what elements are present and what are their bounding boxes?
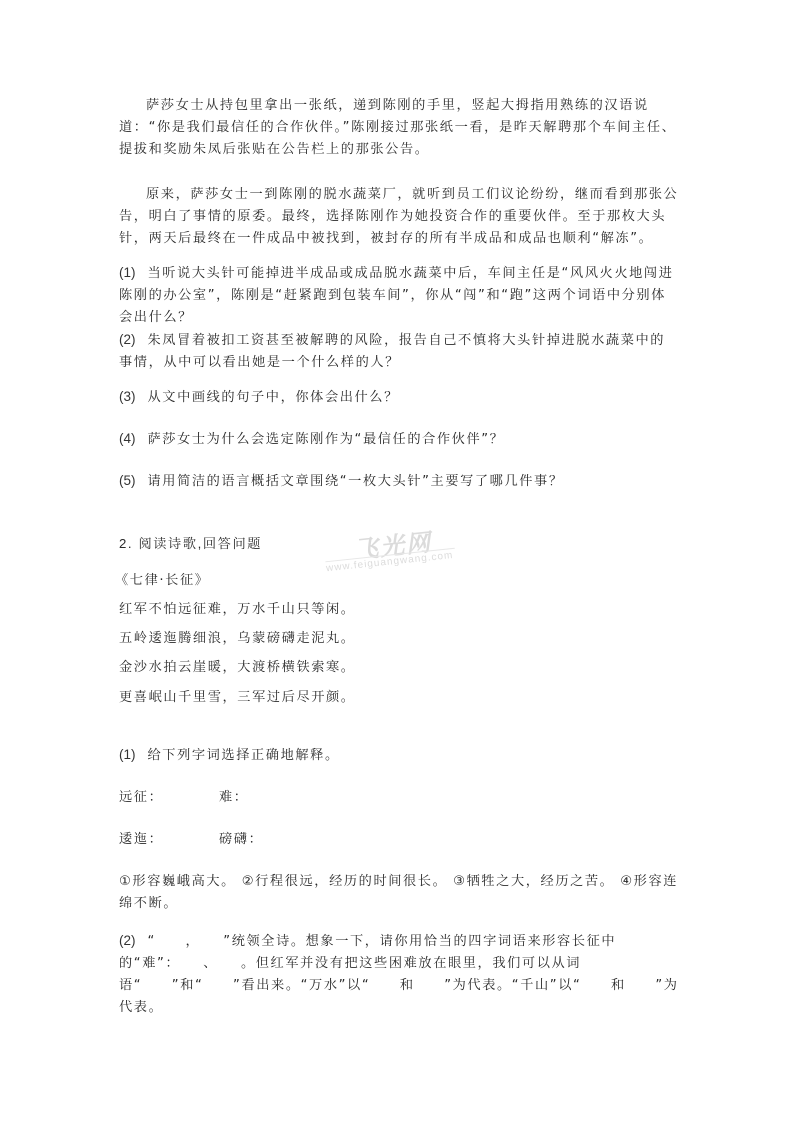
poem-line-2: 五岭逶迤腾细浪，乌蒙磅礴走泥丸。: [119, 628, 356, 650]
passage-paragraph-1: 萨莎女士从持包里拿出一张纸，递到陈刚的手里，竖起大拇指用熟练的汉语说道：“你是我…: [119, 95, 679, 161]
question-number: (5): [119, 473, 136, 488]
poem-line-3: 金沙水拍云崖暖，大渡桥横铁索寒。: [119, 657, 356, 679]
question-number: (2): [119, 933, 136, 948]
term-pangbo: 磅礴：: [219, 829, 263, 851]
section-2-question-2: (2)“ ， ”统领全诗。想象一下，请你用恰当的四字词语来形容长征中的“难”： …: [119, 930, 679, 1019]
question-text: “ ， ”统领全诗。想象一下，请你用恰当的四字词语来形容长征中的“难”： 、 。…: [119, 934, 679, 1015]
term-nan: 难：: [219, 787, 249, 809]
question-text: 当听说大头针可能掉进半成品或成品脱水蔬菜中后，车间主任是“风风火火地闯进陈刚的办…: [119, 266, 674, 325]
question-text: 萨莎女士为什么会选定陈刚作为“最信任的合作伙伴”？: [148, 432, 505, 447]
watermark-url: www.feiguangwang.com: [326, 550, 454, 574]
question-4: (4)萨莎女士为什么会选定陈刚作为“最信任的合作伙伴”？: [119, 428, 679, 451]
question-number: (3): [119, 389, 136, 404]
question-text: 给下列字词选择正确地解释。: [148, 748, 340, 763]
question-2: (2)朱凤冒着被扣工资甚至被解聘的风险，报告自己不慎将大头针掉进脱水蔬菜中的事情…: [119, 329, 679, 374]
poem-line-1: 红军不怕远征难，万水千山只等闲。: [119, 599, 356, 621]
section-2-question-1: (1)给下列字词选择正确地解释。: [119, 744, 340, 767]
question-5: (5)请用简洁的语言概括文章围绕“一枚大头针”主要写了哪几件事？: [119, 470, 679, 493]
question-1: (1)当听说大头针可能掉进半成品或成品脱水蔬菜中后，车间主任是“风风火火地闯进陈…: [119, 262, 679, 329]
question-number: (1): [119, 747, 136, 762]
definition-options: ①形容巍峨高大。 ②行程很远，经历的时间很长。 ③牺牲之大，经历之苦。 ④形容连…: [119, 871, 679, 915]
term-yuanzheng: 远征：: [119, 787, 163, 809]
question-text: 朱凤冒着被扣工资甚至被解聘的风险，报告自己不慎将大头针掉进脱水蔬菜中的事情，从中…: [119, 333, 665, 370]
poem-title: 《七律·长征》: [115, 570, 210, 592]
poem-line-4: 更喜岷山千里雪，三军过后尽开颜。: [119, 687, 356, 709]
watermark: 飞光网 www.feiguangwang.com: [322, 519, 467, 589]
question-number: (2): [119, 332, 136, 347]
watermark-logo: 飞光网: [352, 522, 433, 565]
watermark-divider: [325, 548, 454, 563]
question-3: (3)从文中画线的句子中，你体会出什么？: [119, 386, 679, 409]
document-page: 萨莎女士从持包里拿出一张纸，递到陈刚的手里，竖起大拇指用熟练的汉语说道：“你是我…: [0, 0, 793, 1122]
question-text: 请用简洁的语言概括文章围绕“一枚大头针”主要写了哪几件事？: [148, 474, 564, 489]
question-number: (4): [119, 431, 136, 446]
passage-paragraph-2: 原来，萨莎女士一到陈刚的脱水蔬菜厂，就听到员工们议论纷纷，继而看到那张公告，明白…: [119, 184, 679, 250]
term-weiyi: 逶迤：: [119, 829, 163, 851]
section-2-heading: 2. 阅读诗歌,回答问题: [119, 533, 262, 555]
question-text: 从文中画线的句子中，你体会出什么？: [148, 390, 399, 405]
question-number: (1): [119, 265, 136, 280]
